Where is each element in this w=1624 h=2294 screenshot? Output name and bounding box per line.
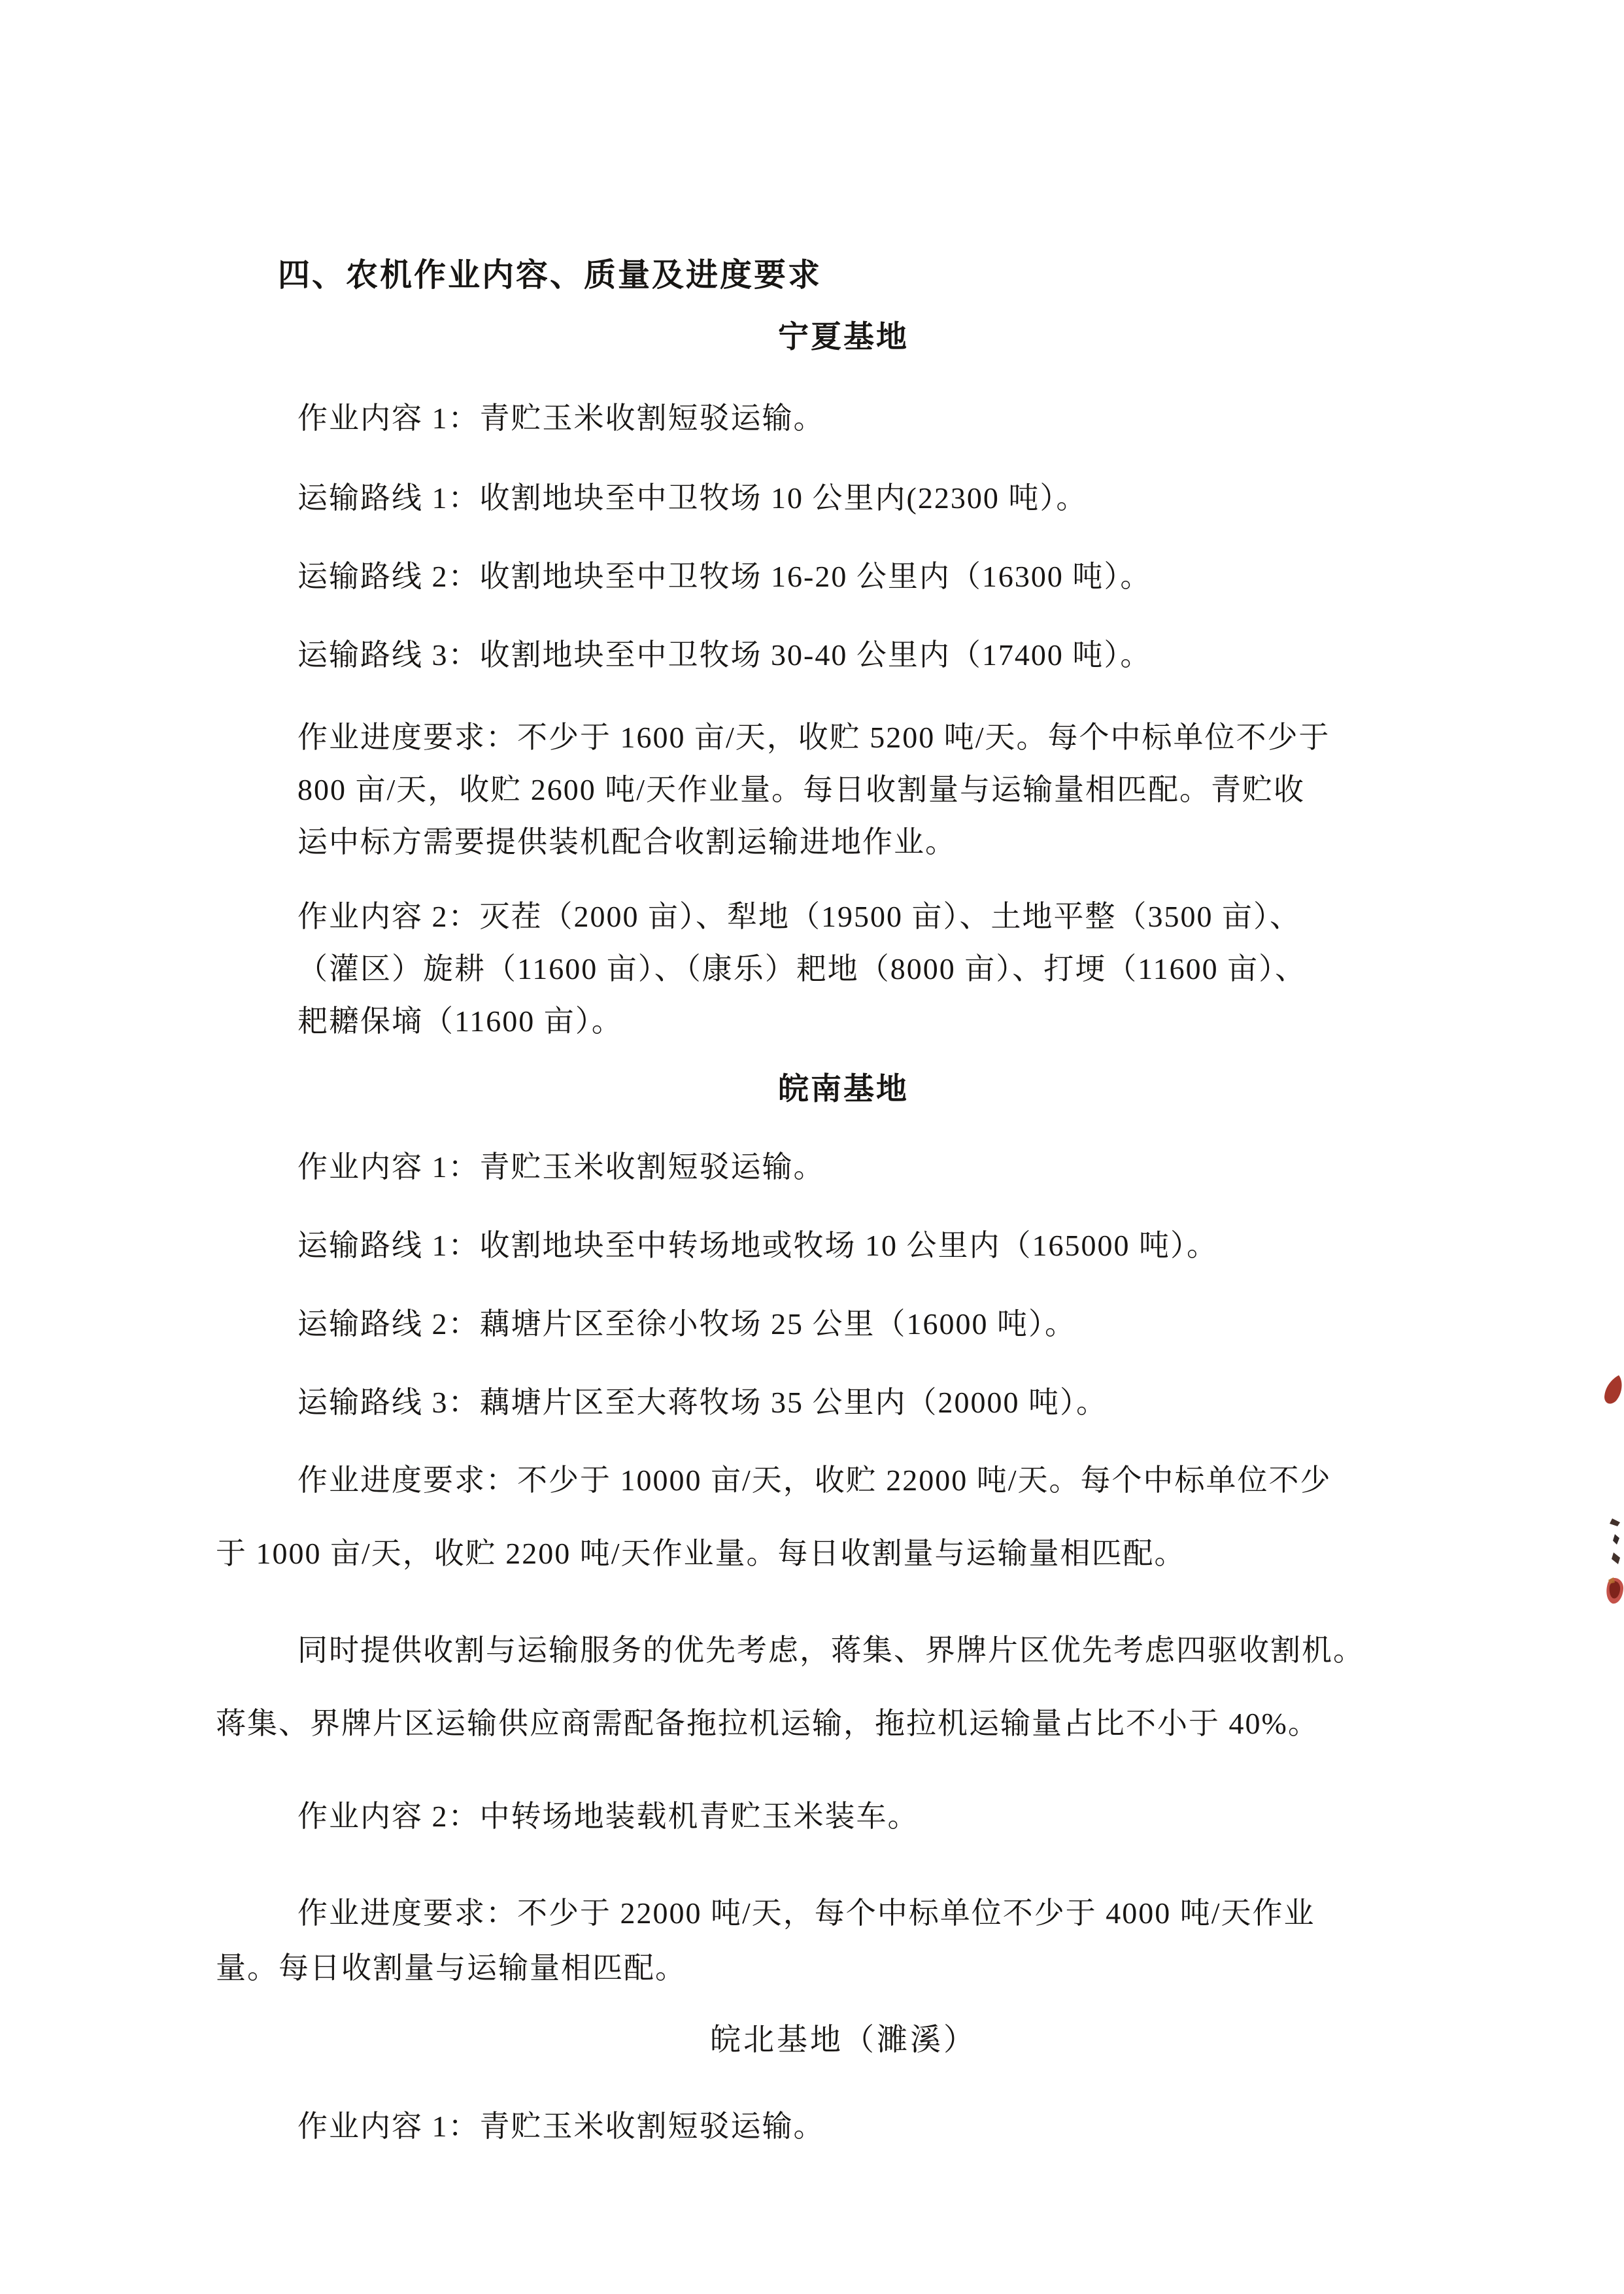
- paragraph-progress-requirement-nx: 作业进度要求：不少于 1600 亩/天，收贮 5200 吨/天。每个中标单位不少…: [297, 711, 1330, 868]
- paragraph-line: 运输路线 3：藕塘片区至大蒋牧场 35 公里内（20000 吨）。: [297, 1377, 1108, 1429]
- scanned-document-page: 四、农机作业内容、质量及进度要求 宁夏基地 作业内容 1：青贮玉米收割短驳运输。…: [0, 0, 1624, 2294]
- paragraph-route-2-wn: 运输路线 2：藕塘片区至徐小牧场 25 公里（16000 吨）。: [297, 1298, 1076, 1350]
- paragraph-line: 于 1000 亩/天，收贮 2200 吨/天作业量。每日收割量与运输量相匹配。: [216, 1517, 1332, 1590]
- paragraph-line: 作业内容 1：青贮玉米收割短驳运输。: [297, 1141, 825, 1193]
- red-seal-fragment-icon: [1600, 1375, 1624, 1407]
- paragraph-line: 运输路线 2：收割地块至中卫牧场 16-20 公里内（16300 吨）。: [297, 551, 1151, 603]
- paragraph-line: 800 亩/天，收贮 2600 吨/天作业量。每日收割量与运输量相匹配。青贮收: [297, 764, 1330, 816]
- section-title: 四、农机作业内容、质量及进度要求: [278, 250, 822, 296]
- paragraph-line: 运输路线 3：收割地块至中卫牧场 30-40 公里内（17400 吨）。: [297, 629, 1151, 681]
- paragraph-work-content-2-nx: 作业内容 2：灭茬（2000 亩）、犁地（19500 亩）、土地平整（3500 …: [297, 891, 1306, 1048]
- paragraph-line: 作业进度要求：不少于 22000 吨/天，每个中标单位不少于 4000 吨/天作…: [216, 1886, 1315, 1941]
- paragraph-line: 运输路线 1：收割地块至中转场地或牧场 10 公里内（165000 吨）。: [297, 1220, 1218, 1272]
- base-heading-ningxia: 宁夏基地: [288, 313, 1399, 356]
- red-seal-fragment-2-icon: [1604, 1576, 1624, 1606]
- paragraph-route-2-nx: 运输路线 2：收割地块至中卫牧场 16-20 公里内（16300 吨）。: [297, 551, 1151, 603]
- paragraph-line: 运输路线 1：收割地块至中卫牧场 10 公里内(22300 吨）。: [297, 472, 1087, 524]
- paragraph-work-content-1-wn: 作业内容 1：青贮玉米收割短驳运输。: [297, 1141, 825, 1193]
- base-heading-wanbei: 皖北基地（濉溪）: [288, 2015, 1399, 2059]
- paragraph-line: 作业进度要求：不少于 10000 亩/天，收贮 22000 吨/天。每个中标单位…: [216, 1444, 1332, 1517]
- paragraph-line: 运输路线 2：藕塘片区至徐小牧场 25 公里（16000 吨）。: [297, 1298, 1076, 1350]
- paragraph-line: 作业内容 2：中转场地装载机青贮玉米装车。: [297, 1790, 919, 1843]
- paragraph-line: 量。每日收割量与运输量相匹配。: [216, 1941, 1315, 1996]
- paragraph-route-3-wn: 运输路线 3：藕塘片区至大蒋牧场 35 公里内（20000 吨）。: [297, 1377, 1108, 1429]
- paragraph-route-3-nx: 运输路线 3：收割地块至中卫牧场 30-40 公里内（17400 吨）。: [297, 629, 1151, 681]
- paragraph-work-content-1-wb: 作业内容 1：青贮玉米收割短驳运输。: [297, 2100, 825, 2153]
- paragraph-line: 作业内容 1：青贮玉米收割短驳运输。: [297, 392, 825, 445]
- paragraph-progress-requirement-wn: 作业进度要求：不少于 10000 亩/天，收贮 22000 吨/天。每个中标单位…: [216, 1444, 1332, 1590]
- paragraph-line: 作业进度要求：不少于 1600 亩/天，收贮 5200 吨/天。每个中标单位不少…: [297, 711, 1330, 764]
- paragraph-line: 耙耱保墒（11600 亩）。: [297, 995, 1306, 1048]
- paragraph-line: （灌区）旋耕（11600 亩）、（康乐）耙地（8000 亩）、打埂（11600 …: [297, 943, 1306, 995]
- paragraph-line: 同时提供收割与运输服务的优先考虑，蒋集、界牌片区优先考虑四驱收割机。: [216, 1614, 1364, 1687]
- paragraph-line: 作业内容 1：青贮玉米收割短驳运输。: [297, 2100, 825, 2153]
- base-heading-wannan: 皖南基地: [288, 1065, 1399, 1108]
- paragraph-priority-note-wn: 同时提供收割与运输服务的优先考虑，蒋集、界牌片区优先考虑四驱收割机。 蒋集、界牌…: [216, 1614, 1364, 1760]
- paragraph-work-content-2-wn: 作业内容 2：中转场地装载机青贮玉米装车。: [297, 1790, 919, 1843]
- ink-speck-icon: [1606, 1517, 1624, 1567]
- paragraph-work-content-1-nx: 作业内容 1：青贮玉米收割短驳运输。: [297, 392, 825, 445]
- paragraph-line: 运中标方需要提供装机配合收割运输进地作业。: [297, 816, 1330, 868]
- paragraph-line: 蒋集、界牌片区运输供应商需配备拖拉机运输，拖拉机运输量占比不小于 40%。: [216, 1687, 1364, 1760]
- paragraph-route-1-wn: 运输路线 1：收割地块至中转场地或牧场 10 公里内（165000 吨）。: [297, 1220, 1218, 1272]
- paragraph-line: 作业内容 2：灭茬（2000 亩）、犁地（19500 亩）、土地平整（3500 …: [297, 891, 1306, 943]
- paragraph-route-1-nx: 运输路线 1：收割地块至中卫牧场 10 公里内(22300 吨）。: [297, 472, 1087, 524]
- paragraph-progress-requirement-2-wn: 作业进度要求：不少于 22000 吨/天，每个中标单位不少于 4000 吨/天作…: [216, 1886, 1315, 1996]
